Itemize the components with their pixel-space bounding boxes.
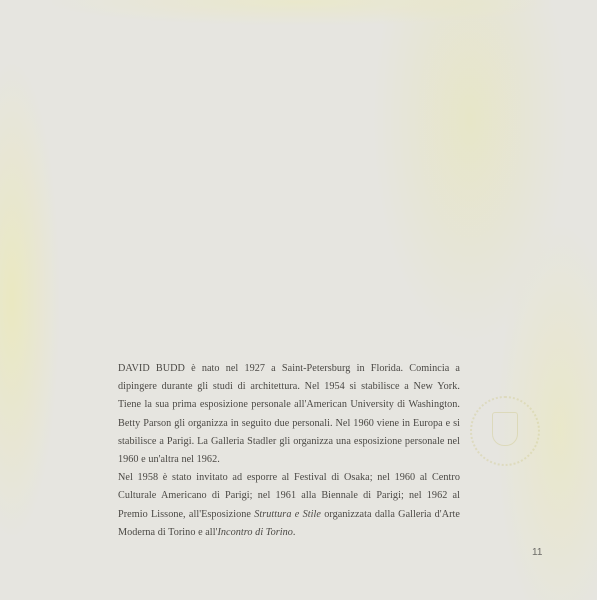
exhibition-title-struttura-e-stile: Struttura e Stile	[254, 509, 321, 520]
biography-paragraph-1: DAVID BUDD è nato nel 1927 a Saint-Peter…	[118, 360, 460, 469]
paragraph-1-text: DAVID BUDD è nato nel 1927 a Saint-Peter…	[118, 363, 460, 465]
exhibition-title-incontro-di-torino: Incontro di Torino	[217, 527, 292, 538]
book-page: DAVID BUDD è nato nel 1927 a Saint-Peter…	[0, 0, 597, 600]
shield-icon	[492, 412, 518, 446]
paragraph-2-text-c: .	[293, 527, 296, 538]
biography-text: DAVID BUDD è nato nel 1927 a Saint-Peter…	[118, 360, 460, 542]
biography-paragraph-2: Nel 1958 è stato invitato ad esporre al …	[118, 469, 460, 542]
library-stamp-icon	[470, 396, 540, 466]
page-number: 11	[532, 547, 542, 558]
